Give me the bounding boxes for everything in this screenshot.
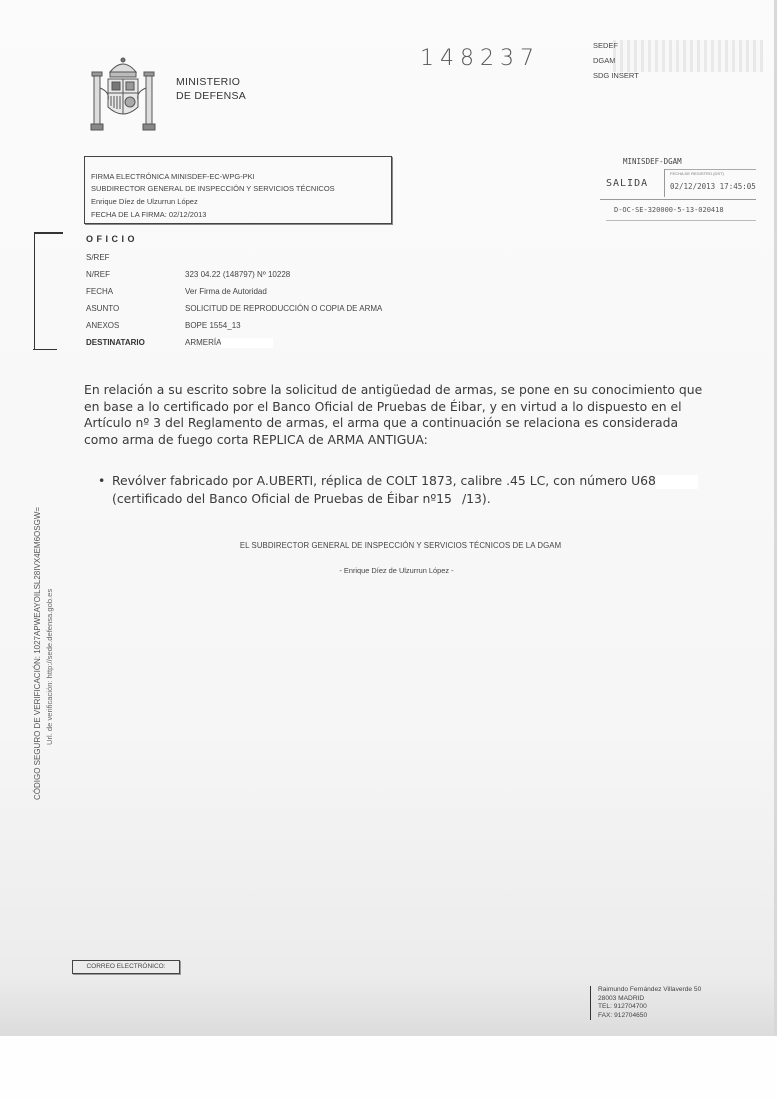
field-value-anexos: BOPE 1554_13 xyxy=(185,321,241,330)
address-line: TEL: 912704700 xyxy=(598,1003,701,1012)
oficio-title: OFICIO xyxy=(86,234,138,244)
signer-name-text: - Enrique Díez de Ulzurrun López - xyxy=(339,566,453,575)
signature-line: FECHA DE LA FIRMA: 02/12/2013 xyxy=(91,210,206,219)
field-label-anexos: ANEXOS xyxy=(86,321,119,330)
destinatario-text: ARMERÍA xyxy=(185,338,221,347)
body-paragraph: En relación a su escrito sobre la solici… xyxy=(84,382,734,448)
address-line: FAX: 912704650 xyxy=(598,1012,701,1021)
address-line: 28003 MADRID xyxy=(598,995,701,1004)
field-label-nref: N/REF xyxy=(86,270,110,279)
body-line: en base a lo certificado por el Banco Of… xyxy=(84,399,734,416)
registration-number: 148237 xyxy=(420,46,540,71)
signature-line: SUBDIRECTOR GENERAL DE INSPECCIÓN Y SERV… xyxy=(91,184,335,193)
spain-coat-of-arms-icon xyxy=(88,52,158,134)
document-page: MINISTERIO DE DEFENSA 148237 SEDEF DGAM … xyxy=(0,0,777,1036)
bullet-line-2a: (certificado del Banco Oficial de Prueba… xyxy=(112,491,452,506)
registry-stamp: MINISDEF-DGAM FECHA DE REGISTRO (DST) SA… xyxy=(598,152,758,224)
verification-code: CÓDIGO SEGURO DE VERIFICACIÓN: 1027APWEA… xyxy=(33,507,42,800)
redaction xyxy=(656,475,698,489)
stamp-type: SALIDA xyxy=(606,178,648,189)
signer-name: - Enrique Díez de Ulzurrun López - xyxy=(0,566,777,575)
field-label-fecha: FECHA xyxy=(86,287,113,296)
bullet-icon: • xyxy=(98,472,112,490)
smudge xyxy=(613,40,763,72)
stamp-office: MINISDEF-DGAM xyxy=(623,157,682,166)
ministry-line-1: MINISTERIO xyxy=(176,75,246,89)
divider xyxy=(600,199,756,200)
signer-title: EL SUBDIRECTOR GENERAL DE INSPECCIÓN Y S… xyxy=(0,541,777,550)
signature-line: Enrique Díez de Ulzurrun López xyxy=(91,197,198,206)
bullet-line-2b: /13). xyxy=(462,491,491,506)
body-line: como arma de fuego corta REPLICA de ARMA… xyxy=(84,432,734,449)
divider xyxy=(664,169,665,197)
field-label-asunto: ASUNTO xyxy=(86,304,119,313)
verification-url[interactable]: Url. de verificación: http://sede.defens… xyxy=(45,589,54,745)
field-value-asunto: SOLICITUD DE REPRODUCCIÓN O COPIA DE ARM… xyxy=(185,304,382,313)
routing-list: SEDEF DGAM SDG INSERT xyxy=(593,38,639,83)
address-block: Raimundo Fernández Villaverde 50 28003 M… xyxy=(590,986,701,1020)
field-label-sref: S/REF xyxy=(86,253,110,262)
field-label-destinatario: DESTINATARIO xyxy=(86,338,145,347)
field-value-fecha: Ver Firma de Autoridad xyxy=(185,287,267,296)
stamp-tiny-label: FECHA DE REGISTRO (DST) xyxy=(670,171,724,176)
weapon-list-item: •Revólver fabricado por A.UBERTI, réplic… xyxy=(98,472,698,508)
divider xyxy=(664,169,756,170)
field-value-nref: 323 04.22 (148797) Nº 10228 xyxy=(185,270,290,279)
stamp-code: D-OC-SE-320000-5-13-020418 xyxy=(614,206,724,214)
signer-title-text: EL SUBDIRECTOR GENERAL DE INSPECCIÓN Y S… xyxy=(240,541,561,550)
electronic-signature-box: FIRMA ELECTRÓNICA MINISDEF-EC-WPG-PKI SU… xyxy=(84,156,392,224)
body-line: Artículo nº 3 del Reglamento de armas, e… xyxy=(84,415,734,432)
bullet-line-1: Revólver fabricado por A.UBERTI, réplica… xyxy=(112,473,656,488)
address-line: Raimundo Fernández Villaverde 50 xyxy=(598,986,701,995)
field-value-destinatario: ARMERÍA xyxy=(185,338,273,348)
divider xyxy=(606,220,756,221)
ministry-line-2: DE DEFENSA xyxy=(176,89,246,103)
ministry-name: MINISTERIO DE DEFENSA xyxy=(176,75,246,103)
redaction xyxy=(221,338,273,348)
body-line: En relación a su escrito sobre la solici… xyxy=(84,382,734,399)
oficio-bracket xyxy=(34,232,63,350)
stamp-datetime: 02/12/2013 17:45:05 xyxy=(670,182,756,191)
signature-line: FIRMA ELECTRÓNICA MINISDEF-EC-WPG-PKI xyxy=(91,172,255,181)
email-label-box: CORREO ELECTRÓNICO: xyxy=(72,960,180,974)
